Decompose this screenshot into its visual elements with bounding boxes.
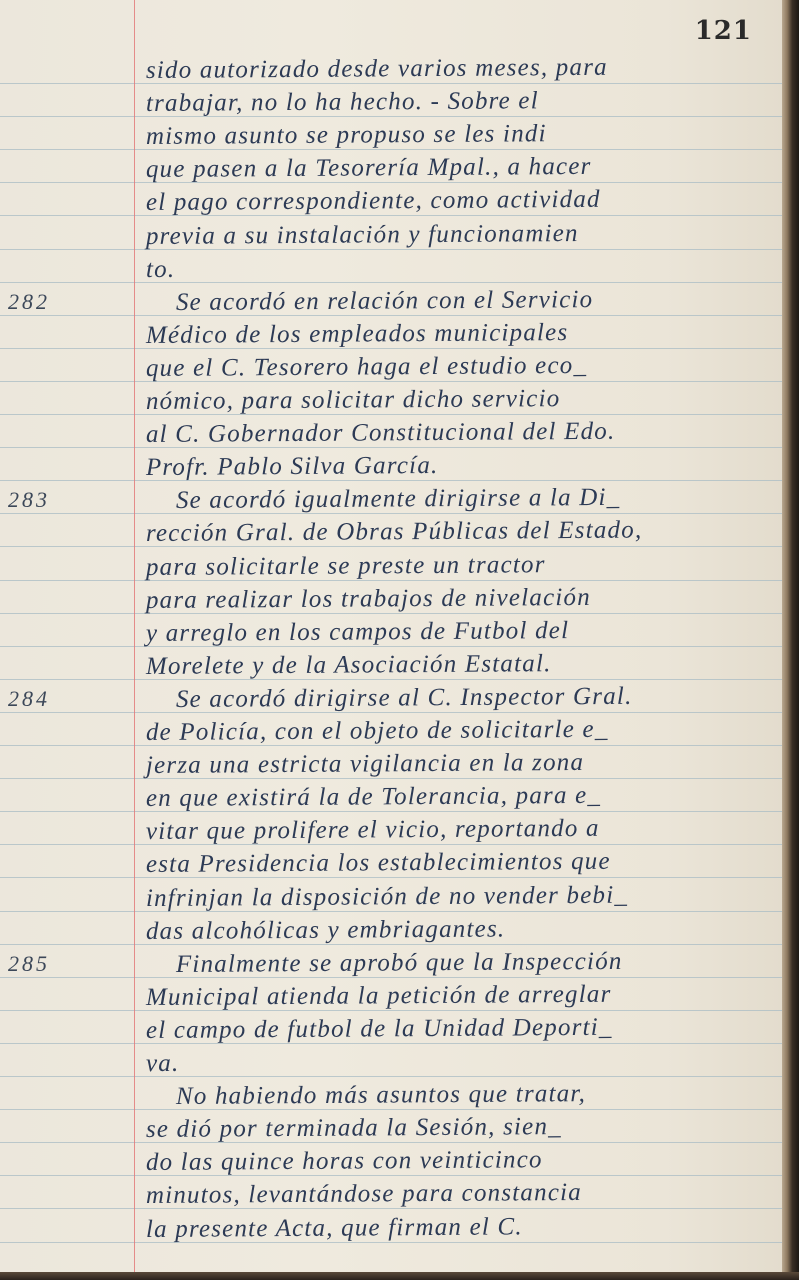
text-line: para realizar los trabajos de nivelación bbox=[146, 582, 776, 614]
red-margin-line bbox=[134, 0, 135, 1272]
text-line: que el C. Tesorero haga el estudio eco_ bbox=[146, 350, 776, 382]
text-line: el campo de futbol de la Unidad Deporti_ bbox=[146, 1012, 776, 1044]
text-line: que pasen a la Tesorería Mpal., a hacer bbox=[146, 152, 776, 184]
text-line: va. bbox=[146, 1050, 776, 1078]
book-binding-edge bbox=[782, 0, 799, 1280]
entry-number: 282 bbox=[8, 289, 50, 315]
entry-number: 285 bbox=[8, 951, 50, 977]
text-line: Finalmente se aprobó que la Inspección bbox=[176, 946, 776, 978]
text-line: vitar que prolifere el vicio, reportando… bbox=[146, 814, 776, 846]
text-line: das alcohólicas y embriagantes. bbox=[146, 913, 776, 945]
rule-line bbox=[0, 149, 782, 150]
text-line: Se acordó dirigirse al C. Inspector Gral… bbox=[176, 682, 776, 714]
text-line: jerza una estricta vigilancia en la zona bbox=[146, 748, 776, 780]
text-line: Morelete y de la Asociación Estatal. bbox=[146, 648, 776, 680]
rule-line bbox=[0, 480, 782, 481]
text-line: se dió por terminada la Sesión, sien_ bbox=[146, 1112, 776, 1144]
text-line: la presente Acta, que firman el C. bbox=[146, 1211, 776, 1243]
text-line: Municipal atienda la petición de arregla… bbox=[146, 979, 776, 1011]
rule-line bbox=[0, 215, 782, 216]
text-line: en que existirá la de Tolerancia, para e… bbox=[146, 781, 776, 813]
text-line: Se acordó en relación con el Servicio bbox=[176, 284, 776, 316]
text-line: do las quince horas con veinticinco bbox=[146, 1145, 776, 1177]
text-line: Médico de los empleados municipales bbox=[146, 317, 776, 349]
text-line: esta Presidencia los establecimientos qu… bbox=[146, 847, 776, 879]
text-line: el pago correspondiente, como actividad bbox=[146, 185, 776, 217]
page-number: 121 bbox=[695, 16, 752, 46]
rule-line bbox=[0, 1175, 782, 1176]
ledger-page: 121 sido autorizado desde varios meses, … bbox=[0, 0, 782, 1272]
text-line: previa a su instalación y funcionamien bbox=[146, 218, 776, 250]
rule-line bbox=[0, 1208, 782, 1209]
rule-line bbox=[0, 1142, 782, 1143]
text-line: nómico, para solicitar dicho servicio bbox=[146, 384, 776, 416]
text-line: y arreglo en los campos de Futbol del bbox=[146, 615, 776, 647]
book-cover-bottom-edge bbox=[0, 1272, 799, 1280]
text-line: Profr. Pablo Silva García. bbox=[146, 450, 776, 482]
text-line: mismo asunto se propuso se les indi bbox=[146, 119, 776, 151]
entry-number: 283 bbox=[8, 487, 50, 513]
rule-line bbox=[0, 811, 782, 812]
text-line: rección Gral. de Obras Públicas del Esta… bbox=[146, 516, 776, 548]
rule-line bbox=[0, 877, 782, 878]
rule-line bbox=[0, 844, 782, 845]
text-line: Se acordó igualmente dirigirse a la Di_ bbox=[176, 483, 776, 515]
text-line: to. bbox=[146, 256, 776, 284]
text-line: de Policía, con el objeto de solicitarle… bbox=[146, 715, 776, 747]
text-line: trabajar, no lo ha hecho. - Sobre el bbox=[146, 86, 776, 118]
text-line: minutos, levantándose para constancia bbox=[146, 1178, 776, 1210]
rule-line bbox=[0, 182, 782, 183]
text-line: No habiendo más asuntos que tratar, bbox=[176, 1079, 776, 1111]
entry-number: 284 bbox=[8, 686, 50, 712]
rule-line bbox=[0, 546, 782, 547]
text-line: al C. Gobernador Constitucional del Edo. bbox=[146, 417, 776, 449]
text-line: sido autorizado desde varios meses, para bbox=[146, 53, 776, 85]
text-line: infrinjan la disposición de no vender be… bbox=[146, 880, 776, 912]
text-line: para solicitarle se preste un tractor bbox=[146, 549, 776, 581]
